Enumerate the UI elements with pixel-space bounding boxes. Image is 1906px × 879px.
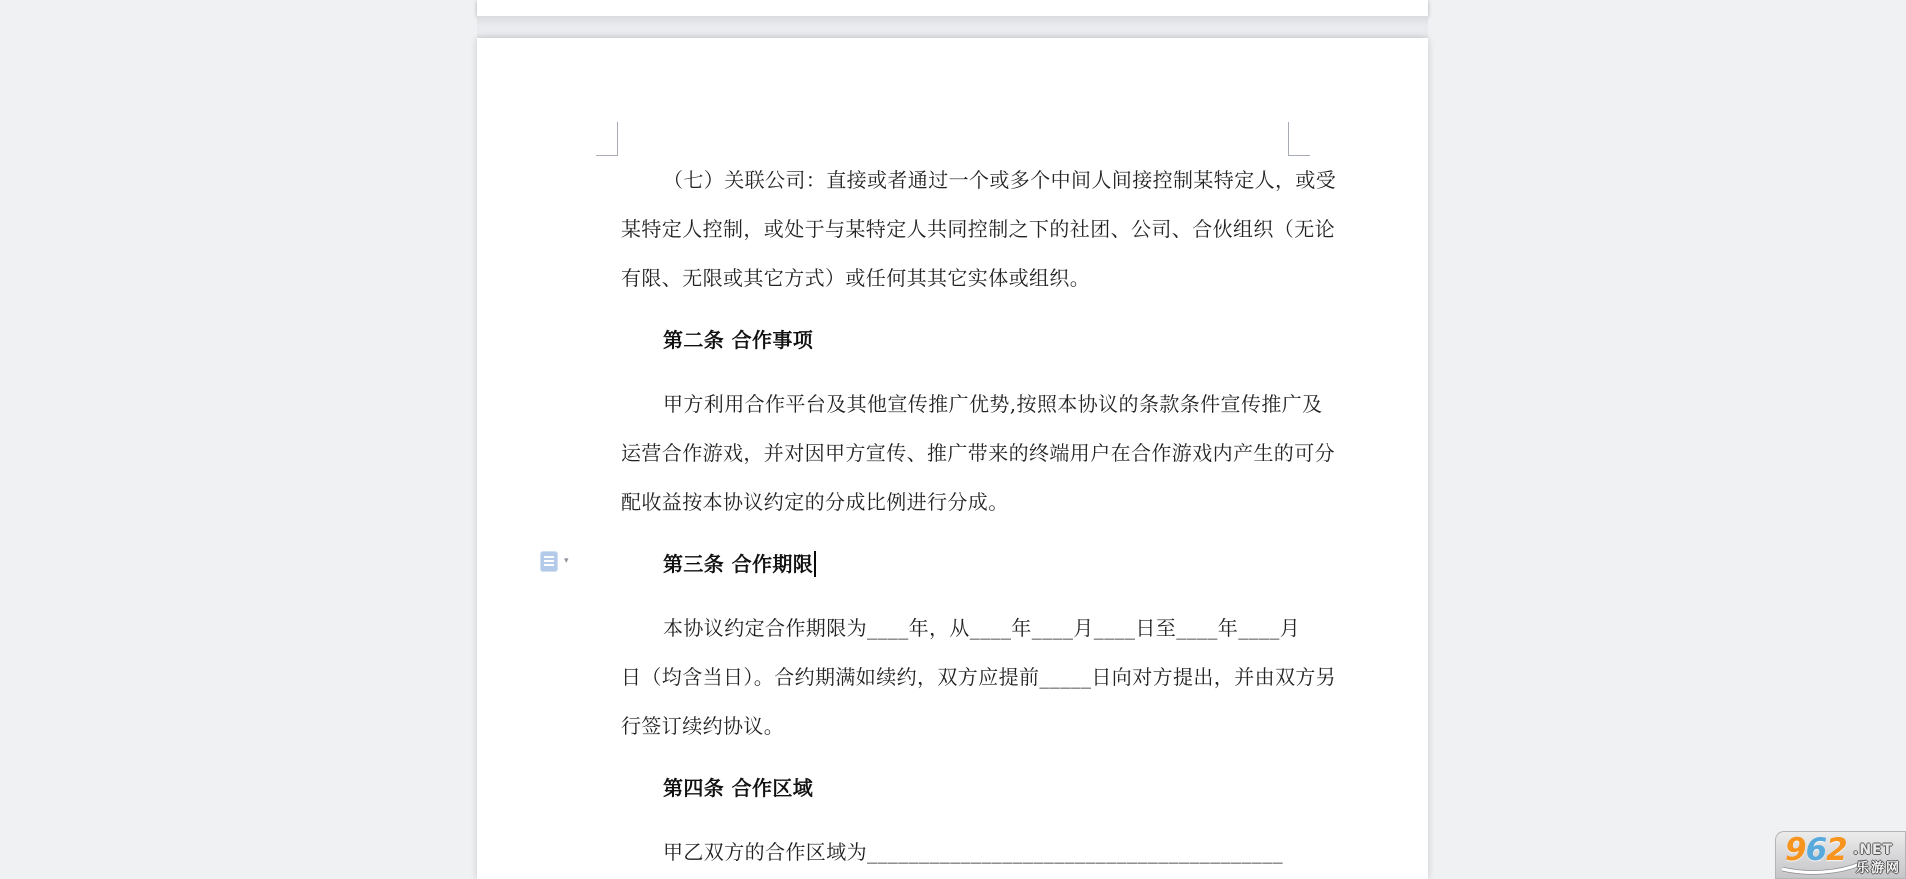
watermark-net-label: .NET: [1853, 842, 1893, 858]
paste-document-icon: [541, 552, 557, 571]
page-gap: [477, 16, 1428, 38]
heading-line[interactable]: 第四条 合作区域: [621, 764, 1297, 813]
text-line[interactable]: 运营合作游戏，并对因甲方宣传、推广带来的终端用户在合作游戏内产生的可分: [621, 429, 1297, 478]
body-paragraph: 本协议约定合作期限为____年，从____年____月____日至____年__…: [621, 604, 1297, 751]
chevron-down-icon: ▾: [564, 557, 569, 566]
text-cursor: [814, 551, 816, 577]
previous-page-bottom[interactable]: [477, 0, 1428, 16]
body-paragraph: （七）关联公司：直接或者通过一个或多个中间人间接控制某特定人，或受某特定人控制，…: [621, 156, 1297, 303]
text-line[interactable]: 甲方利用合作平台及其他宣传推广优势,按照本协议的条款条件宣传推广及: [621, 380, 1297, 429]
962net-watermark: 962 .NET 乐游网: [1775, 831, 1906, 879]
text-line[interactable]: 配收益按本协议约定的分成比例进行分成。: [621, 478, 1297, 527]
text-boundary-mark-top-left: [596, 122, 618, 156]
article-heading: 第三条 合作期限: [621, 540, 1297, 589]
text-boundary-mark-top-right: [1288, 122, 1310, 156]
article-heading: 第二条 合作事项: [621, 316, 1297, 365]
swoosh-arrow-icon: [1780, 860, 1868, 875]
text-line[interactable]: 日（均含当日）。合约期满如续约，双方应提前_____日向对方提出，并由双方另: [621, 653, 1297, 702]
text-line[interactable]: （七）关联公司：直接或者通过一个或多个中间人间接控制某特定人，或受: [621, 156, 1297, 205]
heading-line[interactable]: 第二条 合作事项: [621, 316, 1297, 365]
text-line[interactable]: 甲乙双方的合作区域为______________________________…: [621, 828, 1297, 877]
text-line[interactable]: 有限、无限或其它方式）或任何其其它实体或组织。: [621, 254, 1297, 303]
body-paragraph: 甲方利用合作平台及其他宣传推广优势,按照本协议的条款条件宣传推广及运营合作游戏，…: [621, 380, 1297, 527]
document-page[interactable]: （七）关联公司：直接或者通过一个或多个中间人间接控制某特定人，或受某特定人控制，…: [477, 38, 1428, 879]
document-editor-canvas: （七）关联公司：直接或者通过一个或多个中间人间接控制某特定人，或受某特定人控制，…: [0, 0, 1906, 879]
article-heading: 第四条 合作区域: [621, 764, 1297, 813]
text-line[interactable]: 行签订续约协议。: [621, 702, 1297, 751]
text-line[interactable]: 某特定人控制，或处于与某特定人共同控制之下的社团、公司、合伙组织（无论: [621, 205, 1297, 254]
body-paragraph: 甲乙双方的合作区域为______________________________…: [621, 828, 1297, 877]
text-line[interactable]: 本协议约定合作期限为____年，从____年____月____日至____年__…: [621, 604, 1297, 653]
watermark-site-name: 乐游网: [1856, 857, 1901, 876]
document-text: （七）关联公司：直接或者通过一个或多个中间人间接控制某特定人，或受某特定人控制，…: [621, 156, 1297, 877]
heading-line[interactable]: 第三条 合作期限: [621, 540, 1297, 589]
paste-options-button[interactable]: ▾: [541, 549, 583, 573]
